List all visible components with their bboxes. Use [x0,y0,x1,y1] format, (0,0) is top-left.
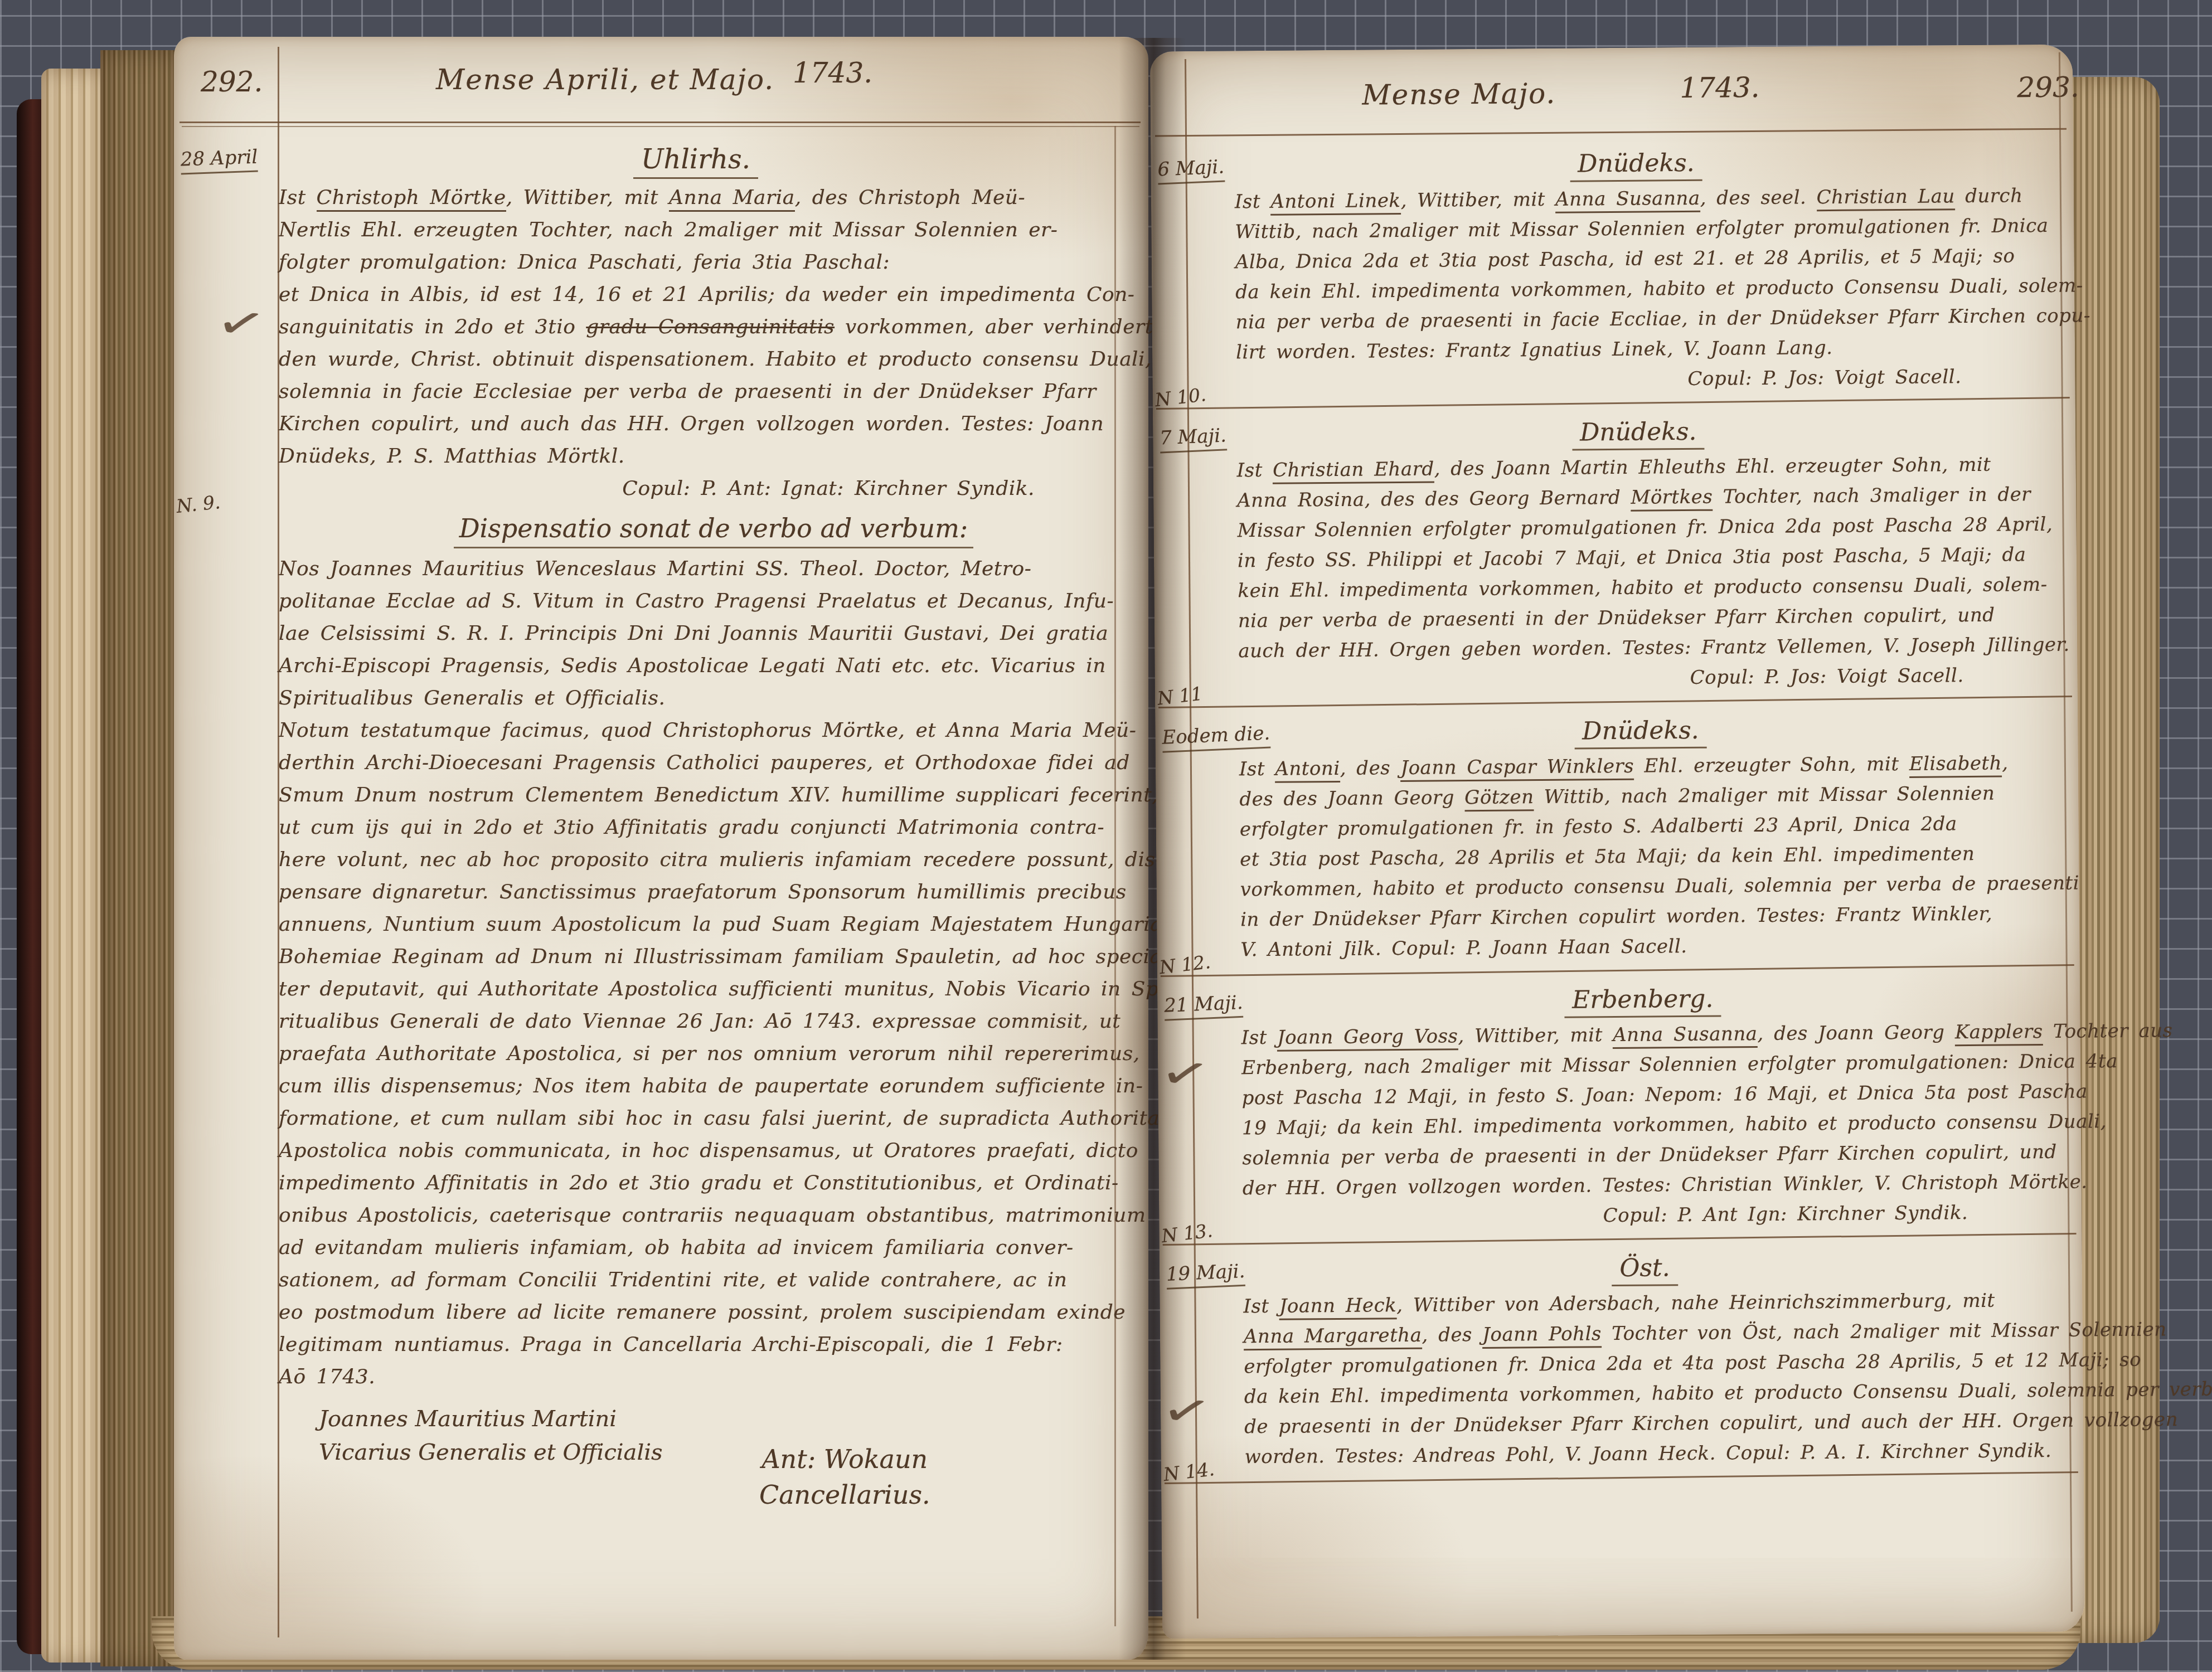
paragraph-line: here volunt, nec ab hoc proposito citra … [279,844,1115,876]
page-year-right: 1743. [1680,71,1760,104]
paragraph-line: ter deputavit, qui Authoritate Apostolic… [279,973,1115,1005]
entry-heading-text: Dnüdeks. [1570,149,1702,182]
paragraph-line: pensare dignaretur. Sanctissimus praefat… [279,876,1115,908]
paragraph-line: ritualibus Generali de dato Viennae 26 J… [279,1005,1115,1038]
entry-margin: 7 Maji.N 11 [1153,417,1239,697]
entry-margin: Eodem die.N 12. [1155,716,1240,965]
entry-line: solemnia in facie Ecclesiae per verba de… [279,376,1113,408]
paragraph-line: Apostolica nobis communicata, in hoc dis… [279,1135,1115,1167]
entry-line: folgter promulgation: Dnica Paschati, fe… [279,246,1113,279]
paragraph-line: politanae Ecclae ad S. Vitum in Castro P… [279,585,1115,618]
signature-chancellor: Ant: WokaunCancellarius. [759,1441,930,1513]
header-rule-left [180,121,1141,123]
entry-line: Copul: P. Ant: Ignat: Kirchner Syndik. [279,473,1113,505]
register-entry: Eodem die.N 12.Dnüdeks.Ist Antoni, des J… [1155,710,2079,966]
section-heading-text: Dispensatio sonat de verbo ad verbum: [454,513,974,548]
page-edges-left-light [41,69,107,1663]
entry-body: Dnüdeks.Ist Antoni Linek, Wittiber, mit … [1234,143,2075,398]
paragraph-line: sationem, ad formam Concilii Tridentini … [279,1264,1115,1296]
entry-line: worden. Testes: Andreas Pohl, V. Joann H… [1244,1436,2048,1472]
entry-line: in der Dnüdekser Pfarr Kirchen copulirt … [1240,898,2044,935]
margin-date: 7 Maji. [1159,424,1227,453]
page-title-left: Mense Aprili, et Majo. [436,64,774,96]
entry-heading-text: Dnüdeks. [1574,716,1707,750]
register-entry: 6 Maji.N 10.Dnüdeks.Ist Antoni Linek, Wi… [1151,143,2075,398]
entry-line: Ist Christoph Mörtke, Wittiber, mit Anna… [279,182,1113,214]
open-register-book: 292. Mense Aprili, et Majo. 1743. 28 Apr… [7,16,2192,1672]
entry-heading-text: Erbenberg. [1564,985,1721,1018]
entry-heading: Dnüdeks. [1234,143,2038,187]
signature-line: Cancellarius. [759,1477,930,1513]
margin-date: 21 Maji. [1163,991,1243,1021]
entry-line: nia per verba de praesenti in facie Eccl… [1235,301,2039,337]
entry-body: Dnüdeks.Ist Antoni, des Joann Caspar Win… [1239,710,2079,965]
entry-body: Erbenberg.Ist Joann Georg Voss, Wittiber… [1241,978,2082,1233]
paragraph-line: derthin Archi-Dioecesani Pragensis Catho… [279,747,1115,779]
margin-date: Eodem die. [1162,722,1271,753]
right-page: Mense Majo. 1743. 293. 6 Maji.N 10.Dnüde… [1150,45,2085,1639]
entry-line: Copul: P. Jos: Voigt Sacell. [1239,660,2042,696]
signature-vicar: Joannes Mauritius MartiniVicarius Genera… [319,1402,663,1469]
register-entry: 19 Maji.N 14.Öst.Ist Joann Heck, Wittibe… [1160,1247,2084,1472]
entry-heading: Erbenberg. [1241,979,2044,1023]
entry-heading: Dnüdeks. [1239,710,2042,754]
entry-margin: 19 Maji.N 14. [1160,1253,1245,1472]
entry-heading: Dnüdeks. [1236,411,2040,455]
paragraph-line: Nos Joannes Mauritius Wenceslaus Martini… [279,553,1115,585]
signature-line: Ant: Wokaun [759,1441,930,1477]
entry-line: Copul: P. Jos: Voigt Sacell. [1236,361,2039,397]
page-edges-left-dark [100,50,185,1666]
entry-body: Uhlirhs.Ist Christoph Mörtke, Wittiber, … [279,139,1148,505]
check-mark: ✓ [1157,1382,1216,1440]
paragraph-line: lae Celsissimi S. R. I. Principis Dni Dn… [279,618,1115,650]
register-entry: 7 Maji.N 11Dnüdeks.Ist Christian Ehard, … [1153,411,2078,697]
check-mark: ✓ [1156,1045,1214,1103]
paragraph-line: Smum Dnum nostrum Clementem Benedictum X… [279,779,1115,811]
paragraph-line: eo postmodum libere ad licite remanere p… [279,1296,1115,1329]
page-number-right: 293. [2017,71,2079,104]
entry-heading-text: Öst. [1612,1253,1678,1286]
margin-date: 6 Maji. [1157,155,1225,184]
signature-line: Vicarius Generalis et Officialis [319,1436,663,1469]
entry-line: Copul: P. Ant Ign: Kirchner Syndik. [1243,1197,2046,1233]
entry-line: V. Antoni Jilk. Copul: P. Joann Haan Sac… [1240,929,2044,965]
register-entry: 21 Maji.N 13.Erbenberg.Ist Joann Georg V… [1157,978,2082,1234]
right-page-entries: 6 Maji.N 10.Dnüdeks.Ist Antoni Linek, Wi… [1151,138,2084,1489]
entry-heading: Öst. [1243,1247,2046,1291]
photo-backdrop-grid: 292. Mense Aprili, et Majo. 1743. 28 Apr… [0,0,2212,1672]
paragraph-line: ut cum ijs qui in 2do et 3tio Affinitati… [279,811,1115,844]
margin-date: 28 April [180,146,258,175]
entry-body: Dnüdeks.Ist Christian Ehard, des Joann M… [1236,411,2078,697]
entry-margin: 21 Maji.N 13. [1157,985,1243,1234]
margin-date: 19 Maji. [1166,1260,1245,1290]
entry-line: den wurde, Christ. obtinuit dispensation… [279,343,1113,376]
paragraph-line: Notum testatumque facimus, quod Christop… [279,715,1115,747]
page-number-left: 292. [201,66,263,98]
paragraph-line: formatione, et cum nullam sibi hoc in ca… [279,1102,1115,1135]
left-page-entries: 28 AprilN. 9.Uhlirhs.Ist Christoph Mörtk… [174,135,1148,1533]
margin-entry-number: N. 9. [175,491,221,517]
paragraph-line: impedimento Affinitatis in 2do et 3tio g… [279,1167,1115,1199]
paragraph-line: Archi-Episcopi Pragensis, Sedis Apostoli… [279,650,1115,682]
paragraph-line: Aō 1743. [279,1361,1115,1393]
entry-line: Dnüdeks, P. S. Matthias Mörtkl. [279,440,1113,473]
check-mark: ✓ [212,295,271,353]
paragraph-line: onibus Apostolicis, caeterisque contrari… [279,1199,1115,1232]
page-title-right: Mense Majo. [1362,77,1556,111]
entry-line: sanguinitatis in 2do et 3tio gradu Consa… [279,311,1113,343]
dispensation-paragraph: Nos Joannes Mauritius Wenceslaus Martini… [174,553,1148,1393]
paragraph-line: Spiritualibus Generalis et Officialis. [279,682,1115,715]
paragraph-line: annuens, Nuntium suum Apostolicum la pud… [279,908,1115,941]
signature-line: Joannes Mauritius Martini [319,1402,663,1436]
header-rule-right [1155,128,2067,137]
entry-heading: Uhlirhs. [279,139,1113,182]
entry-line: Nertlis Ehl. erzeugten Tochter, nach 2ma… [279,214,1113,246]
entry-heading-text: Dnüdeks. [1572,417,1705,451]
paragraph-line: cum illis dispensemus; Nos item habita d… [279,1070,1115,1102]
paragraph-line: Bohemiae Reginam ad Dnum ni Illustrissim… [279,941,1115,973]
left-page: 292. Mense Aprili, et Majo. 1743. 28 Apr… [174,37,1148,1660]
entry-line: et Dnica in Albis, id est 14, 16 et 21 A… [279,279,1113,311]
paragraph-line: ad evitandam mulieris infamiam, ob habit… [279,1232,1115,1264]
paragraph-line: legitimam nuntiamus. Praga in Cancellari… [279,1329,1115,1361]
page-year-left: 1743. [793,57,872,89]
section-heading: Dispensatio sonat de verbo ad verbum: [174,506,1148,553]
entry-body: Öst.Ist Joann Heck, Wittiber von Adersba… [1243,1247,2084,1472]
entry-line: Kirchen copulirt, und auch das HH. Orgen… [279,408,1113,440]
paragraph-line: praefata Authoritate Apostolica, si per … [279,1038,1115,1070]
register-entry: 28 AprilN. 9.Uhlirhs.Ist Christoph Mörtk… [174,139,1148,505]
signature-block: Joannes Mauritius MartiniVicarius Genera… [174,1393,1148,1533]
entry-margin: 6 Maji.N 10. [1151,149,1236,398]
entry-heading-text: Uhlirhs. [633,144,758,179]
